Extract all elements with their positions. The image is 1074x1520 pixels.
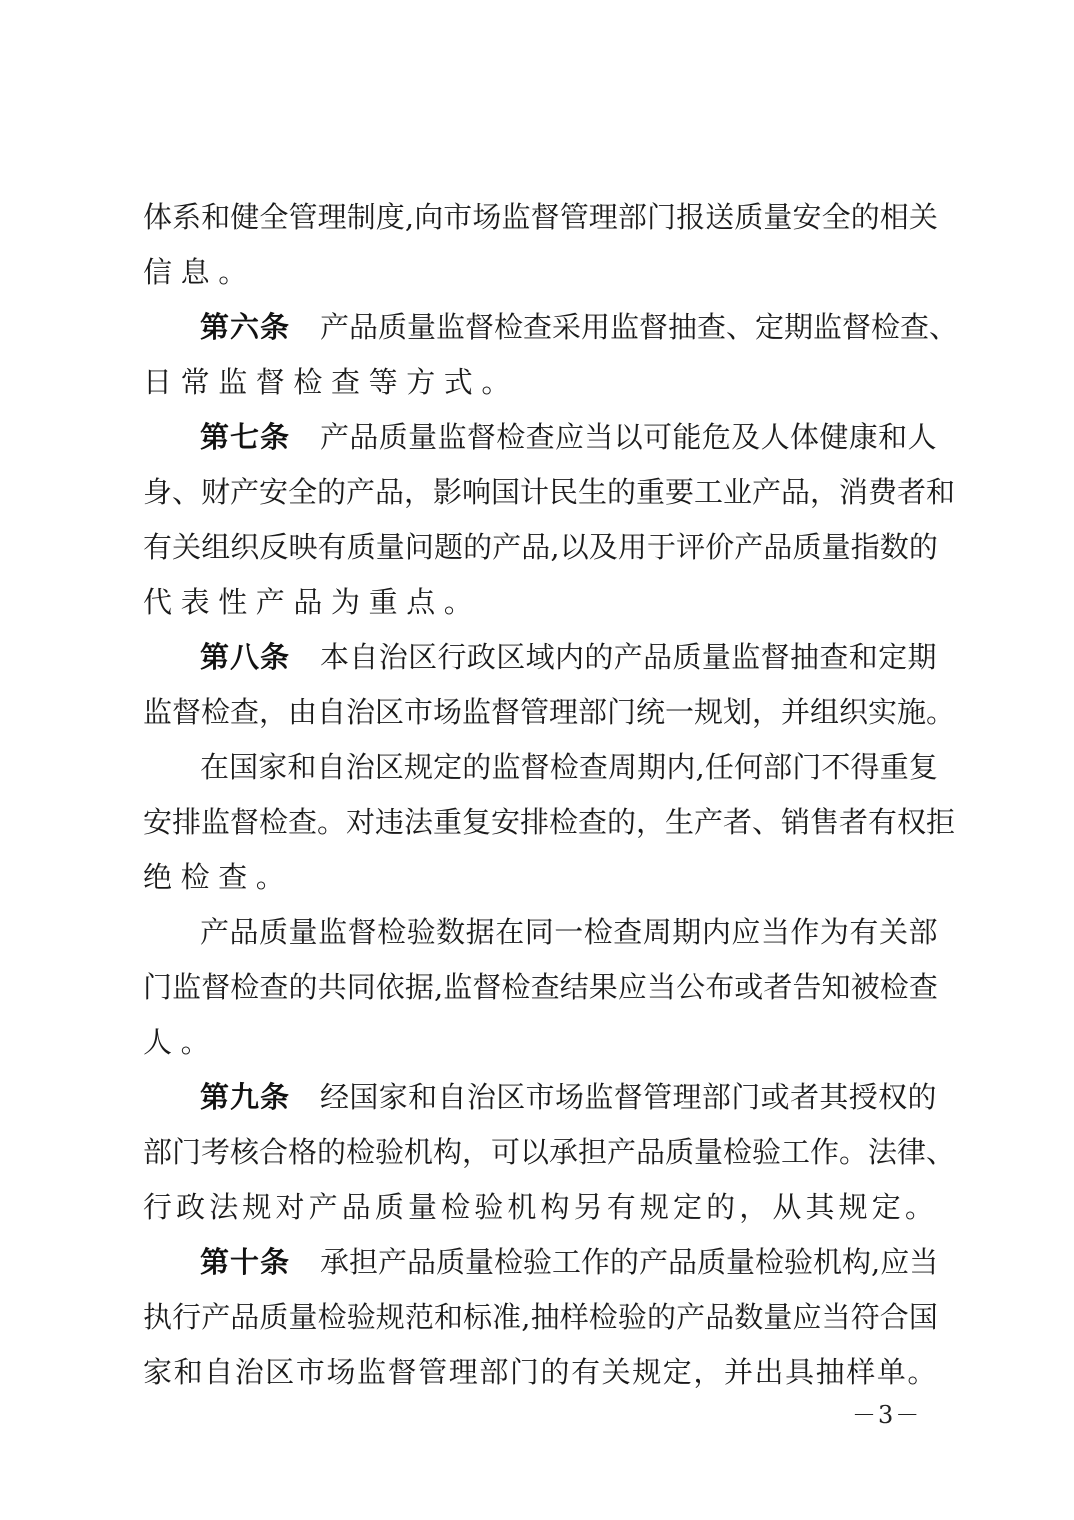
text-line: 代表性产品为重点。 <box>143 582 943 622</box>
text-line: 家和自治区市场监督管理部门的有关规定，并出具抽样单。 <box>143 1352 943 1392</box>
line-text: 家和自治区市场监督管理部门的有关规定，并出具抽样单。 <box>143 1355 938 1389</box>
line-text: 身、财产安全的产品，影响国计民生的重要工业产品，消费者和 <box>143 475 955 509</box>
line-text: 体系和健全管理制度,向市场监督管理部门报送质量安全的相关 <box>143 200 938 234</box>
line-text: 执行产品质量检验规范和标准,抽样检验的产品数量应当符合国 <box>143 1300 938 1334</box>
line-text: 在国家和自治区规定的监督检查周期内,任何部门不得重复 <box>200 750 938 784</box>
article-label: 第八条 <box>200 640 290 674</box>
line-text: 产品质量监督检查采用监督抽查、定期监督检查、 <box>320 310 958 344</box>
line-text: 门监督检查的共同依据,监督检查结果应当公布或者告知被检查 <box>143 970 938 1004</box>
text-line: 产品质量监督检验数据在同一检查周期内应当作为有关部 <box>200 912 1000 952</box>
line-text: 产品质量监督检验数据在同一检查周期内应当作为有关部 <box>200 915 938 949</box>
line-text: 产品质量监督检查应当以可能危及人体健康和人 <box>320 420 937 454</box>
line-text: 日常监督检查等方式。 <box>143 365 519 399</box>
line-text: 经国家和自治区市场监督管理部门或者其授权的 <box>320 1080 937 1114</box>
line-text: 绝检查。 <box>143 860 293 894</box>
text-line: 在国家和自治区规定的监督检查周期内,任何部门不得重复 <box>200 747 1000 787</box>
text-line: 信息。 <box>143 252 943 292</box>
text-line: 安排监督检查。对违法重复安排检查的，生产者、销售者有权拒 <box>143 802 943 842</box>
text-line: 体系和健全管理制度,向市场监督管理部门报送质量安全的相关 <box>143 197 943 237</box>
article-label: 第六条 <box>200 310 290 344</box>
article-label: 第七条 <box>200 420 290 454</box>
line-text: 部门考核合格的检验机构，可以承担产品质量检验工作。法律、 <box>143 1135 955 1169</box>
text-line: 监督检查，由自治区市场监督管理部门统一规划，并组织实施。 <box>143 692 943 732</box>
article-7-heading-line: 第七条产品质量监督检查应当以可能危及人体健康和人 <box>200 417 1000 457</box>
text-line: 日常监督检查等方式。 <box>143 362 943 402</box>
document-page: 体系和健全管理制度,向市场监督管理部门报送质量安全的相关 信息。 第六条产品质量… <box>0 0 1074 1520</box>
text-line: 执行产品质量检验规范和标准,抽样检验的产品数量应当符合国 <box>143 1297 943 1337</box>
text-line: 绝检查。 <box>143 857 943 897</box>
article-label: 第九条 <box>200 1080 290 1114</box>
line-text: 安排监督检查。对违法重复安排检查的，生产者、销售者有权拒 <box>143 805 955 839</box>
article-6-heading-line: 第六条产品质量监督检查采用监督抽查、定期监督检查、 <box>200 307 1000 347</box>
page-number: －3－ <box>852 1400 921 1430</box>
text-line: 门监督检查的共同依据,监督检查结果应当公布或者告知被检查 <box>143 967 943 1007</box>
article-8-heading-line: 第八条本自治区行政区域内的产品质量监督抽查和定期 <box>200 637 1000 677</box>
text-line: 身、财产安全的产品，影响国计民生的重要工业产品，消费者和 <box>143 472 943 512</box>
line-text: 代表性产品为重点。 <box>143 585 481 619</box>
line-text: 人。 <box>143 1025 218 1059</box>
article-10-heading-line: 第十条承担产品质量检验工作的产品质量检验机构,应当 <box>200 1242 1000 1282</box>
text-line: 有关组织反映有质量问题的产品,以及用于评价产品质量指数的 <box>143 527 943 567</box>
text-line: 行政法规对产品质量检验机构另有规定的，从其规定。 <box>143 1187 943 1227</box>
line-text: 信息。 <box>143 255 256 289</box>
article-label: 第十条 <box>200 1245 290 1279</box>
line-text: 有关组织反映有质量问题的产品,以及用于评价产品质量指数的 <box>143 530 938 564</box>
text-line: 部门考核合格的检验机构，可以承担产品质量检验工作。法律、 <box>143 1132 943 1172</box>
line-text: 承担产品质量检验工作的产品质量检验机构,应当 <box>320 1245 938 1279</box>
line-text: 监督检查，由自治区市场监督管理部门统一规划，并组织实施。 <box>143 695 955 729</box>
article-9-heading-line: 第九条经国家和自治区市场监督管理部门或者其授权的 <box>200 1077 1000 1117</box>
line-text: 行政法规对产品质量检验机构另有规定的，从其规定。 <box>143 1190 938 1224</box>
line-text: 本自治区行政区域内的产品质量监督抽查和定期 <box>320 640 937 674</box>
text-line: 人。 <box>143 1022 943 1062</box>
